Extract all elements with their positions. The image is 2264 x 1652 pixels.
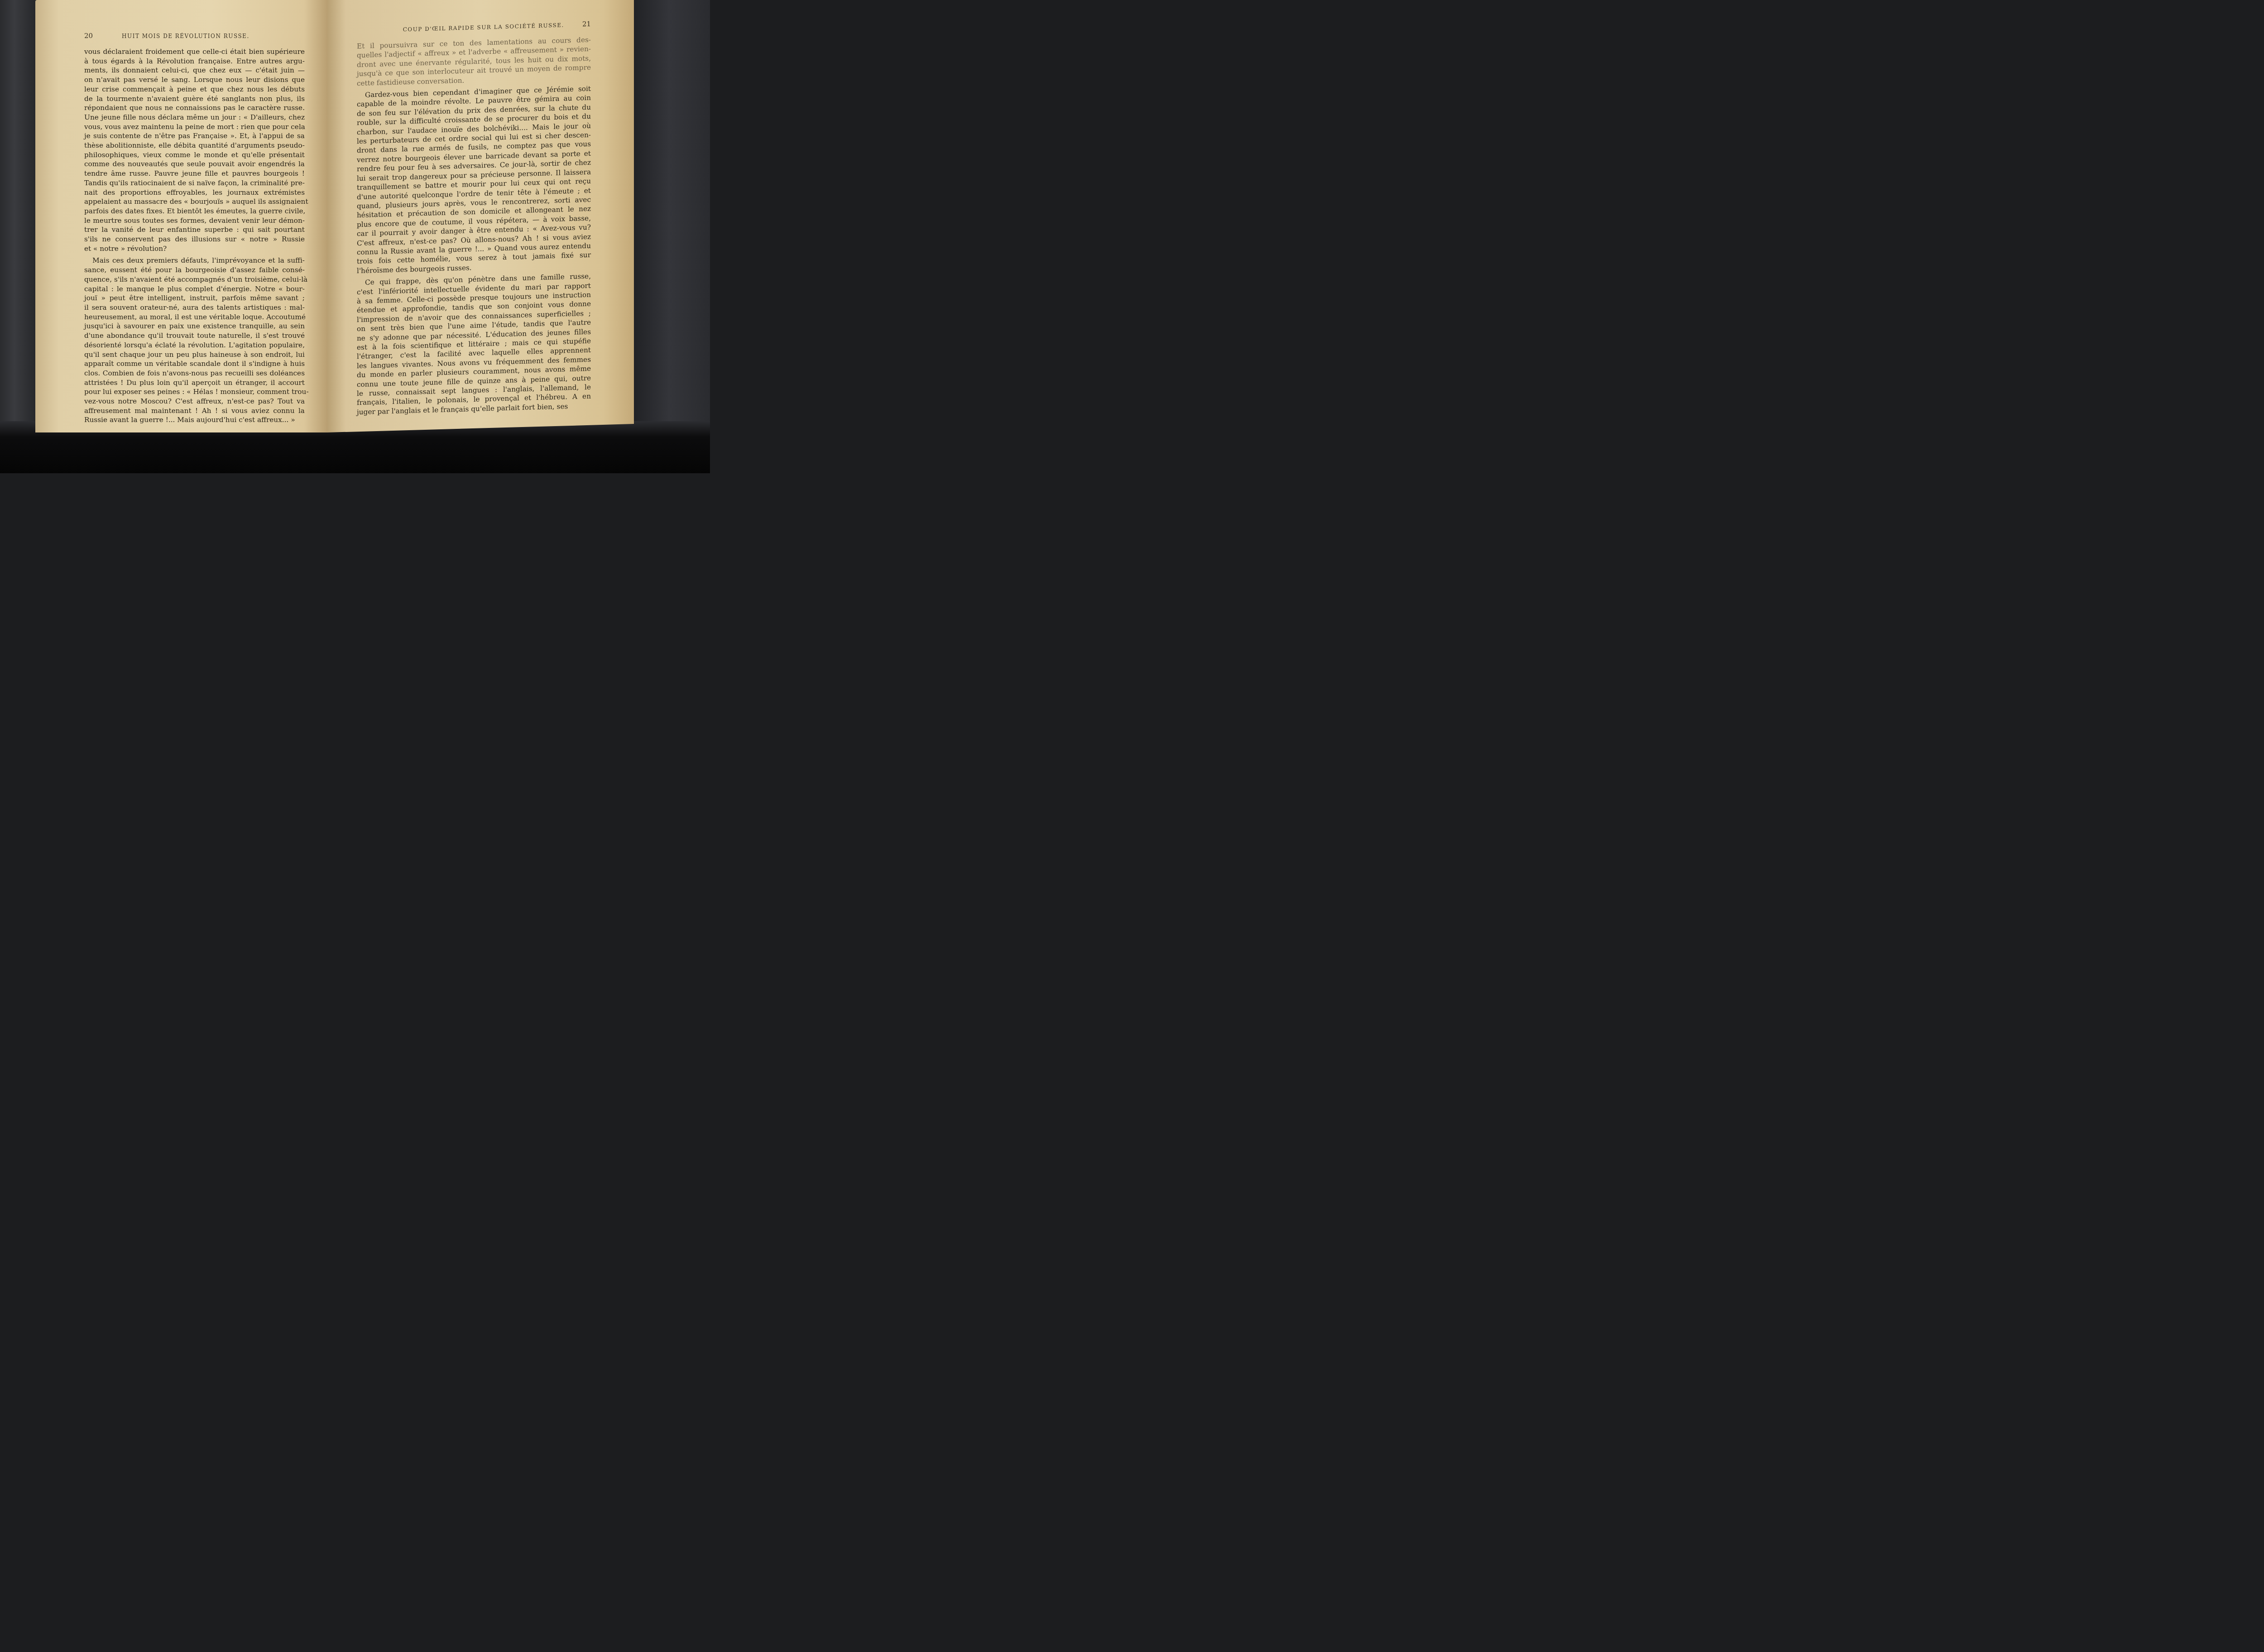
text-line: vous, vous avez maintenu la peine de mor… [84, 122, 305, 132]
right-page-body: Et il poursuivra sur ce ton des lamentat… [357, 35, 591, 417]
text-line: sance, eussent été pour la bourgeoisie d… [84, 265, 305, 275]
running-head-title: COUP D'ŒIL RAPIDE SUR LA SOCIÉTÉ RUSSE. [403, 22, 564, 33]
right-page: COUP D'ŒIL RAPIDE SUR LA SOCIÉTÉ RUSSE. … [327, 0, 634, 432]
text-line: de la tourmente n'avaient guère été sang… [84, 94, 305, 104]
page-number: 20 [84, 32, 93, 40]
text-line: ments, ils donnaient celui-ci, que chez … [84, 66, 305, 75]
text-line: pour lui exposer ses peines : « Hélas ! … [84, 387, 305, 397]
text-line: capital : le manque le plus complet d'én… [84, 284, 305, 294]
text-line: jusqu'ici à savourer en paix une existen… [84, 322, 305, 331]
running-head-left: 20 HUIT MOIS DE RÉVOLUTION RUSSE. [84, 32, 305, 40]
text-line: heureusement, au moral, il est une vérit… [84, 312, 305, 322]
open-book: 20 HUIT MOIS DE RÉVOLUTION RUSSE. vous d… [35, 0, 634, 432]
text-line: affreusement mal maintenant ! Ah ! si vo… [84, 406, 305, 416]
text-line: Une jeune fille nous déclara même un jou… [84, 113, 305, 122]
left-page-body: vous déclaraient froidement que celle-ci… [84, 47, 305, 425]
text-line: répondaient que nous ne connaissions pas… [84, 103, 305, 113]
text-line: nait des proportions effroyables, les jo… [84, 188, 305, 197]
text-line: Mais ces deux premiers défauts, l'imprév… [84, 256, 305, 265]
text-line: leur crise commençait à peine et que che… [84, 85, 305, 94]
left-page: 20 HUIT MOIS DE RÉVOLUTION RUSSE. vous d… [35, 0, 327, 432]
text-line: philosophiques, vieux comme le monde et … [84, 150, 305, 160]
text-line: comme des nouveautés que seule pouvait a… [84, 159, 305, 169]
text-line: on n'avait pas versé le sang. Lorsque no… [84, 75, 305, 85]
paragraph: Mais ces deux premiers défauts, l'imprév… [84, 256, 305, 425]
text-line: clos. Combien de fois n'avons-nous pas r… [84, 369, 305, 378]
text-line: d'une abondance qu'il trouvait toute nat… [84, 331, 305, 341]
text-line: appelaient au massacre des « bourjouïs »… [84, 197, 305, 206]
display-case-right-edge [628, 0, 710, 435]
text-line: désorienté lorsqu'a éclaté la révolution… [84, 341, 305, 350]
text-line: je suis contente de n'être pas Française… [84, 131, 305, 141]
text-line: Tandis qu'ils ratiocinaient de si naïve … [84, 178, 305, 188]
text-line: tendre âme russe. Pauvre jeune fille et … [84, 169, 305, 178]
text-line: Russie avant la guerre !... Mais aujourd… [84, 415, 305, 425]
text-line: qu'il sent chaque jour un peu plus haine… [84, 350, 305, 360]
text-line: attristées ! Du plus loin qu'il aperçoit… [84, 378, 305, 388]
paragraph: vous déclaraient froidement que celle-ci… [84, 47, 305, 253]
paragraph: Gardez-vous bien cependant d'imaginer qu… [357, 84, 591, 276]
page-number: 21 [582, 20, 591, 29]
text-line: trer la vanité de leur enfantine superbe… [84, 225, 305, 235]
paragraph: Ce qui frappe, dès qu'on pénètre dans un… [357, 272, 591, 417]
text-line: vez-vous notre Moscou? C'est affreux, n'… [84, 397, 305, 406]
text-line: parfois des dates fixes. Et bientôt les … [84, 206, 305, 216]
text-line: jouï » peut être intelligent, instruit, … [84, 293, 305, 303]
text-line: à tous égards à la Révolution française.… [84, 57, 305, 66]
display-case-left-edge [0, 0, 36, 435]
text-line: apparaît comme un véritable scandale don… [84, 359, 305, 369]
text-line: et « notre » révolution? [84, 244, 305, 254]
text-line: vous déclaraient froidement que celle-ci… [84, 47, 305, 57]
text-line: il sera souvent orateur-né, aura des tal… [84, 303, 305, 312]
running-head-title: HUIT MOIS DE RÉVOLUTION RUSSE. [122, 33, 249, 39]
paragraph: Et il poursuivra sur ce ton des lamentat… [357, 35, 591, 88]
running-head-right: COUP D'ŒIL RAPIDE SUR LA SOCIÉTÉ RUSSE. … [357, 20, 591, 34]
text-line: thèse abolitionniste, elle débita quanti… [84, 141, 305, 150]
text-line: s'ils ne conservent pas des illusions su… [84, 235, 305, 244]
text-line: le meurtre sous toutes ses formes, devai… [84, 216, 305, 226]
text-line: quence, s'ils n'avaient été accompagnés … [84, 275, 305, 284]
